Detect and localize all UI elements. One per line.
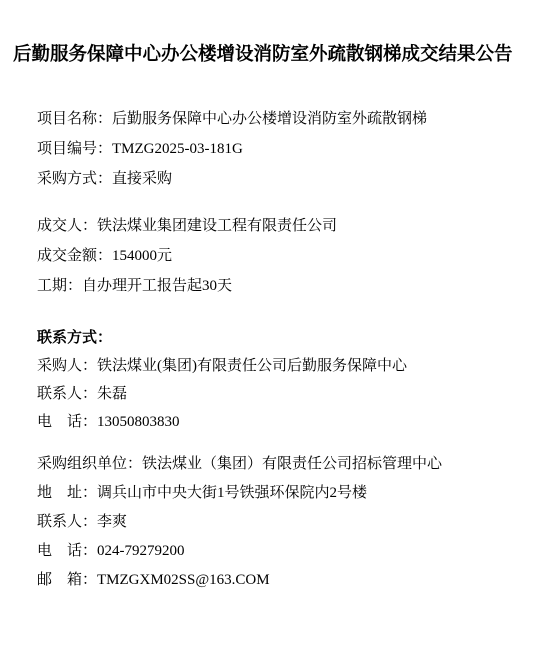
organizer-line: 采购组织单位：铁法煤业（集团）有限责任公司招标管理中心 [37,450,547,479]
organizer-label: 采购组织单位： [37,456,142,472]
organizer-phone-value: 024-79279200 [97,543,185,559]
address-label: 地 址： [37,485,97,501]
amount-label: 成交金额： [37,248,112,264]
contact-heading: 联系方式： [37,324,547,352]
organizer-value: 铁法煤业（集团）有限责任公司招标管理中心 [142,456,442,472]
organizer-phone-label: 电 话： [37,543,97,559]
procurement-method-value: 直接采购 [112,171,172,187]
contact-person-line: 联系人：朱磊 [37,380,547,408]
organizer-contact-line: 联系人：李爽 [37,508,547,537]
project-number-value: TMZG2025-03-181G [112,141,243,157]
procurement-method-line: 采购方式：直接采购 [37,164,547,194]
announcement-page: 后勤服务保障中心办公楼增设消防室外疏散钢梯成交结果公告 项目名称：后勤服务保障中… [0,0,547,658]
organizer-contact-label: 联系人： [37,514,97,530]
phone-label: 电 话： [37,414,97,430]
project-name-line: 项目名称：后勤服务保障中心办公楼增设消防室外疏散钢梯 [37,104,547,134]
winner-label: 成交人： [37,218,97,234]
project-number-label: 项目编号： [37,141,112,157]
contact-section: 联系方式： 采购人：铁法煤业(集团)有限责任公司后勤服务保障中心 联系人：朱磊 … [0,324,547,436]
purchaser-value: 铁法煤业(集团)有限责任公司后勤服务保障中心 [97,358,407,374]
project-name-value: 后勤服务保障中心办公楼增设消防室外疏散钢梯 [112,111,427,127]
amount-value: 154000元 [112,248,172,264]
contact-person-value: 朱磊 [97,386,127,402]
email-label: 邮 箱： [37,572,97,588]
purchaser-label: 采购人： [37,358,97,374]
email-value: TMZGXM02SS@163.COM [97,572,270,588]
project-number-line: 项目编号：TMZG2025-03-181G [37,134,547,164]
organizer-phone-line: 电 话：024-79279200 [37,537,547,566]
procurement-method-label: 采购方式： [37,171,112,187]
project-info-section: 项目名称：后勤服务保障中心办公楼增设消防室外疏散钢梯 项目编号：TMZG2025… [0,104,547,194]
duration-label: 工期： [37,278,82,294]
duration-line: 工期：自办理开工报告起30天 [37,271,547,301]
phone-line: 电 话：13050803830 [37,408,547,436]
purchaser-line: 采购人：铁法煤业(集团)有限责任公司后勤服务保障中心 [37,352,547,380]
address-value: 调兵山市中央大街1号铁强环保院内2号楼 [97,485,367,501]
email-line: 邮 箱：TMZGXM02SS@163.COM [37,566,547,595]
organizer-contact-value: 李爽 [97,514,127,530]
organizer-section: 采购组织单位：铁法煤业（集团）有限责任公司招标管理中心 地 址：调兵山市中央大街… [0,450,547,595]
page-title: 后勤服务保障中心办公楼增设消防室外疏散钢梯成交结果公告 [0,42,547,68]
address-line: 地 址：调兵山市中央大街1号铁强环保院内2号楼 [37,479,547,508]
amount-line: 成交金额：154000元 [37,241,547,271]
winner-value: 铁法煤业集团建设工程有限责任公司 [97,218,337,234]
award-info-section: 成交人：铁法煤业集团建设工程有限责任公司 成交金额：154000元 工期：自办理… [0,211,547,301]
phone-value: 13050803830 [97,414,180,430]
project-name-label: 项目名称： [37,111,112,127]
contact-person-label: 联系人： [37,386,97,402]
winner-line: 成交人：铁法煤业集团建设工程有限责任公司 [37,211,547,241]
duration-value: 自办理开工报告起30天 [82,278,232,294]
